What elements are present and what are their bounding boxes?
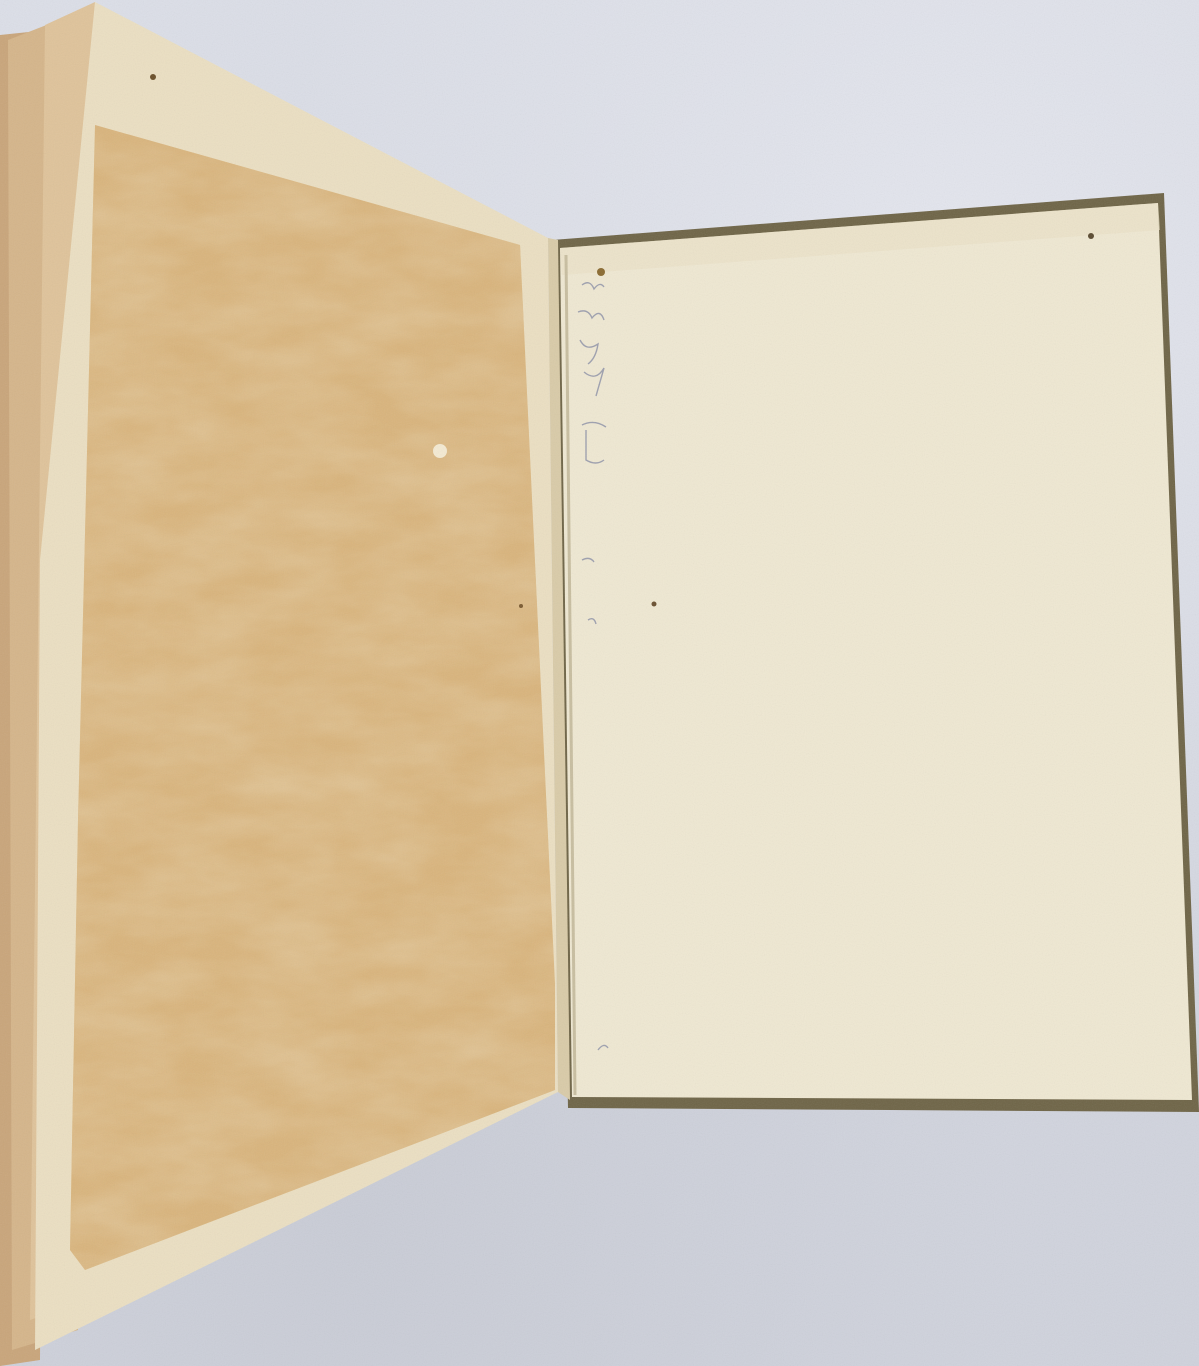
book-photo (0, 0, 1199, 1366)
